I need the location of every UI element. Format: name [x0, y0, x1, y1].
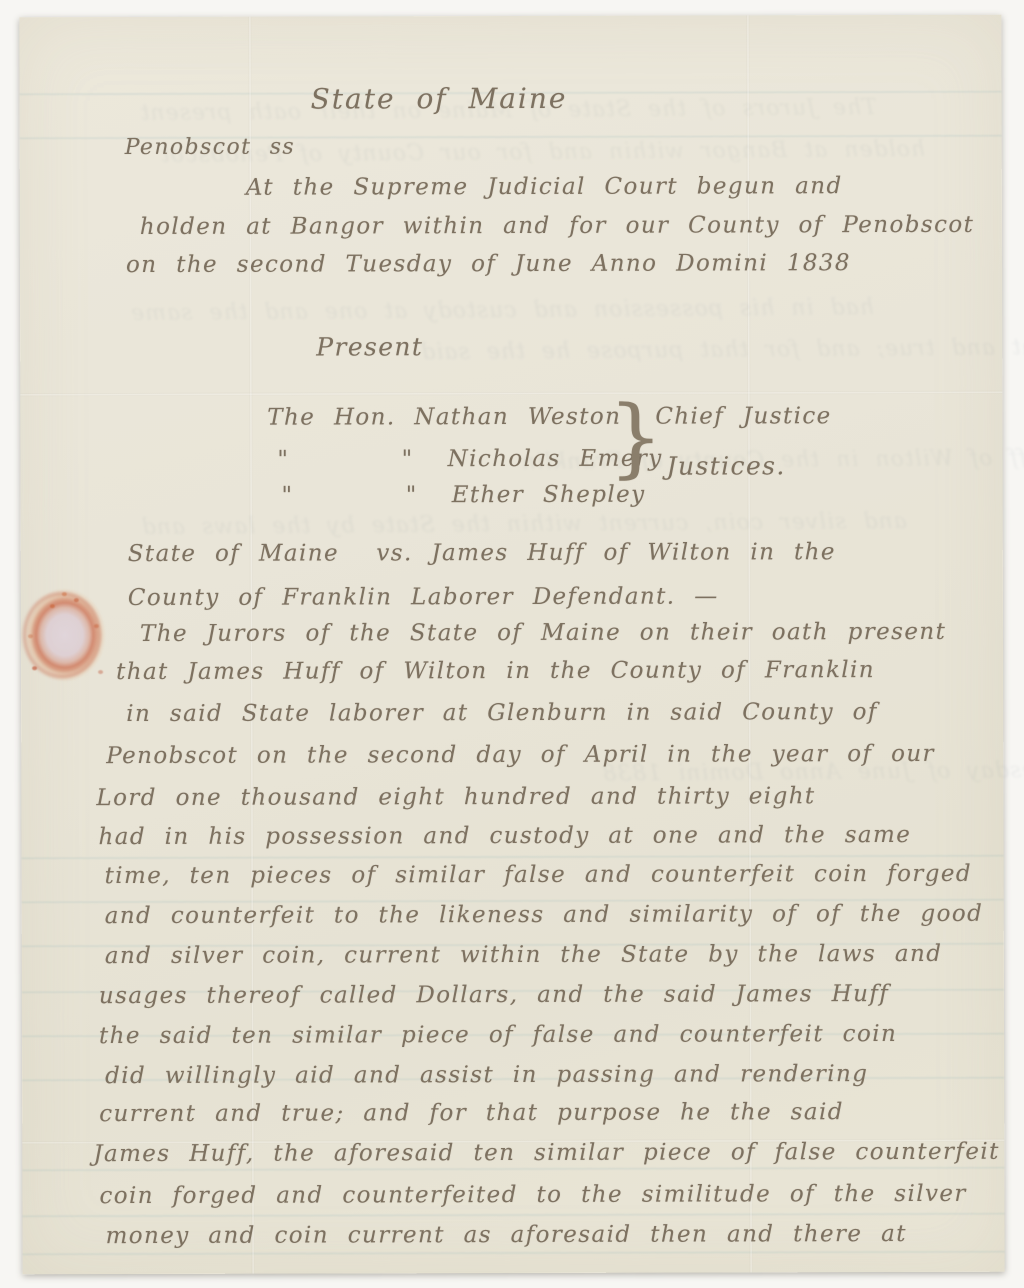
- justices-brace: }: [608, 388, 663, 488]
- court-session-line: At the Supreme Judicial Court begun and: [246, 173, 843, 201]
- justice-title: Chief Justice: [655, 403, 831, 429]
- indictment-line: usages thereof called Dollars, and the s…: [99, 981, 889, 1009]
- indictment-line: the said ten similar piece of false and …: [99, 1021, 897, 1049]
- indictment-line: time, ten pieces of similar false and co…: [105, 861, 972, 889]
- ruled-line: [22, 1167, 1004, 1172]
- indictment-line: Lord one thousand eight hundred and thir…: [96, 783, 815, 811]
- ruled-line: [22, 855, 1004, 860]
- ruled-line: [22, 1213, 1004, 1218]
- indictment-line: coin forged and counterfeited to the sim…: [99, 1181, 966, 1209]
- indictment-line: that James Huff of Wilton in the County …: [116, 657, 875, 685]
- indictment-line: did willingly aid and assist in passing …: [105, 1061, 868, 1089]
- indictment-line: and counterfeit to the likeness and simi…: [105, 901, 984, 929]
- indictment-line: and silver coin, current within the Stat…: [105, 941, 943, 969]
- bleed-through-text: had in his possession and custody at one…: [130, 295, 874, 326]
- indictment-line: James Huff, the aforesaid ten similar pi…: [93, 1139, 999, 1167]
- document-title: State of Maine: [311, 82, 568, 116]
- ditto-mark: " ": [281, 482, 417, 508]
- indictment-line: had in his possession and custody at one…: [98, 822, 911, 850]
- indictment-line: Penobscot on the second day of April in …: [106, 741, 935, 769]
- red-wax-seal-stain: [18, 586, 108, 688]
- justice-row-shepley: " "Ether Shepley: [207, 456, 646, 535]
- indictment-line: current and true; and for that purpose h…: [99, 1099, 844, 1127]
- scan-background: { "artifacts": { "paper_color": "#e9e5d8…: [0, 0, 1024, 1288]
- indictment-line: The Jurors of the State of Maine on thei…: [140, 619, 946, 647]
- indictment-line: money and coin current as aforesaid then…: [106, 1221, 907, 1249]
- jurisdiction-label: Penobscot ss: [125, 135, 295, 160]
- justices-group-label: Justices.: [666, 451, 785, 480]
- case-caption-line: State of Maine vs. James Huff of Wilton …: [128, 539, 836, 567]
- present-heading: Present: [316, 332, 423, 361]
- seal-speckles: [32, 666, 37, 670]
- case-caption-line: County of Franklin Laborer Defendant. —: [128, 583, 719, 611]
- seal-ring: [23, 592, 101, 678]
- court-session-line: holden at Bangor within and for our Coun…: [140, 212, 974, 240]
- court-session-line: on the second Tuesday of June Anno Domin…: [126, 250, 851, 278]
- bleed-through-text: current and true; and for that purpose h…: [420, 335, 1024, 365]
- paper-sheet: The Jurors of the State of Maine on thei…: [19, 15, 1004, 1275]
- ruled-line: [23, 1251, 1005, 1256]
- indictment-line: in said State laborer at Glenburn in sai…: [126, 699, 878, 727]
